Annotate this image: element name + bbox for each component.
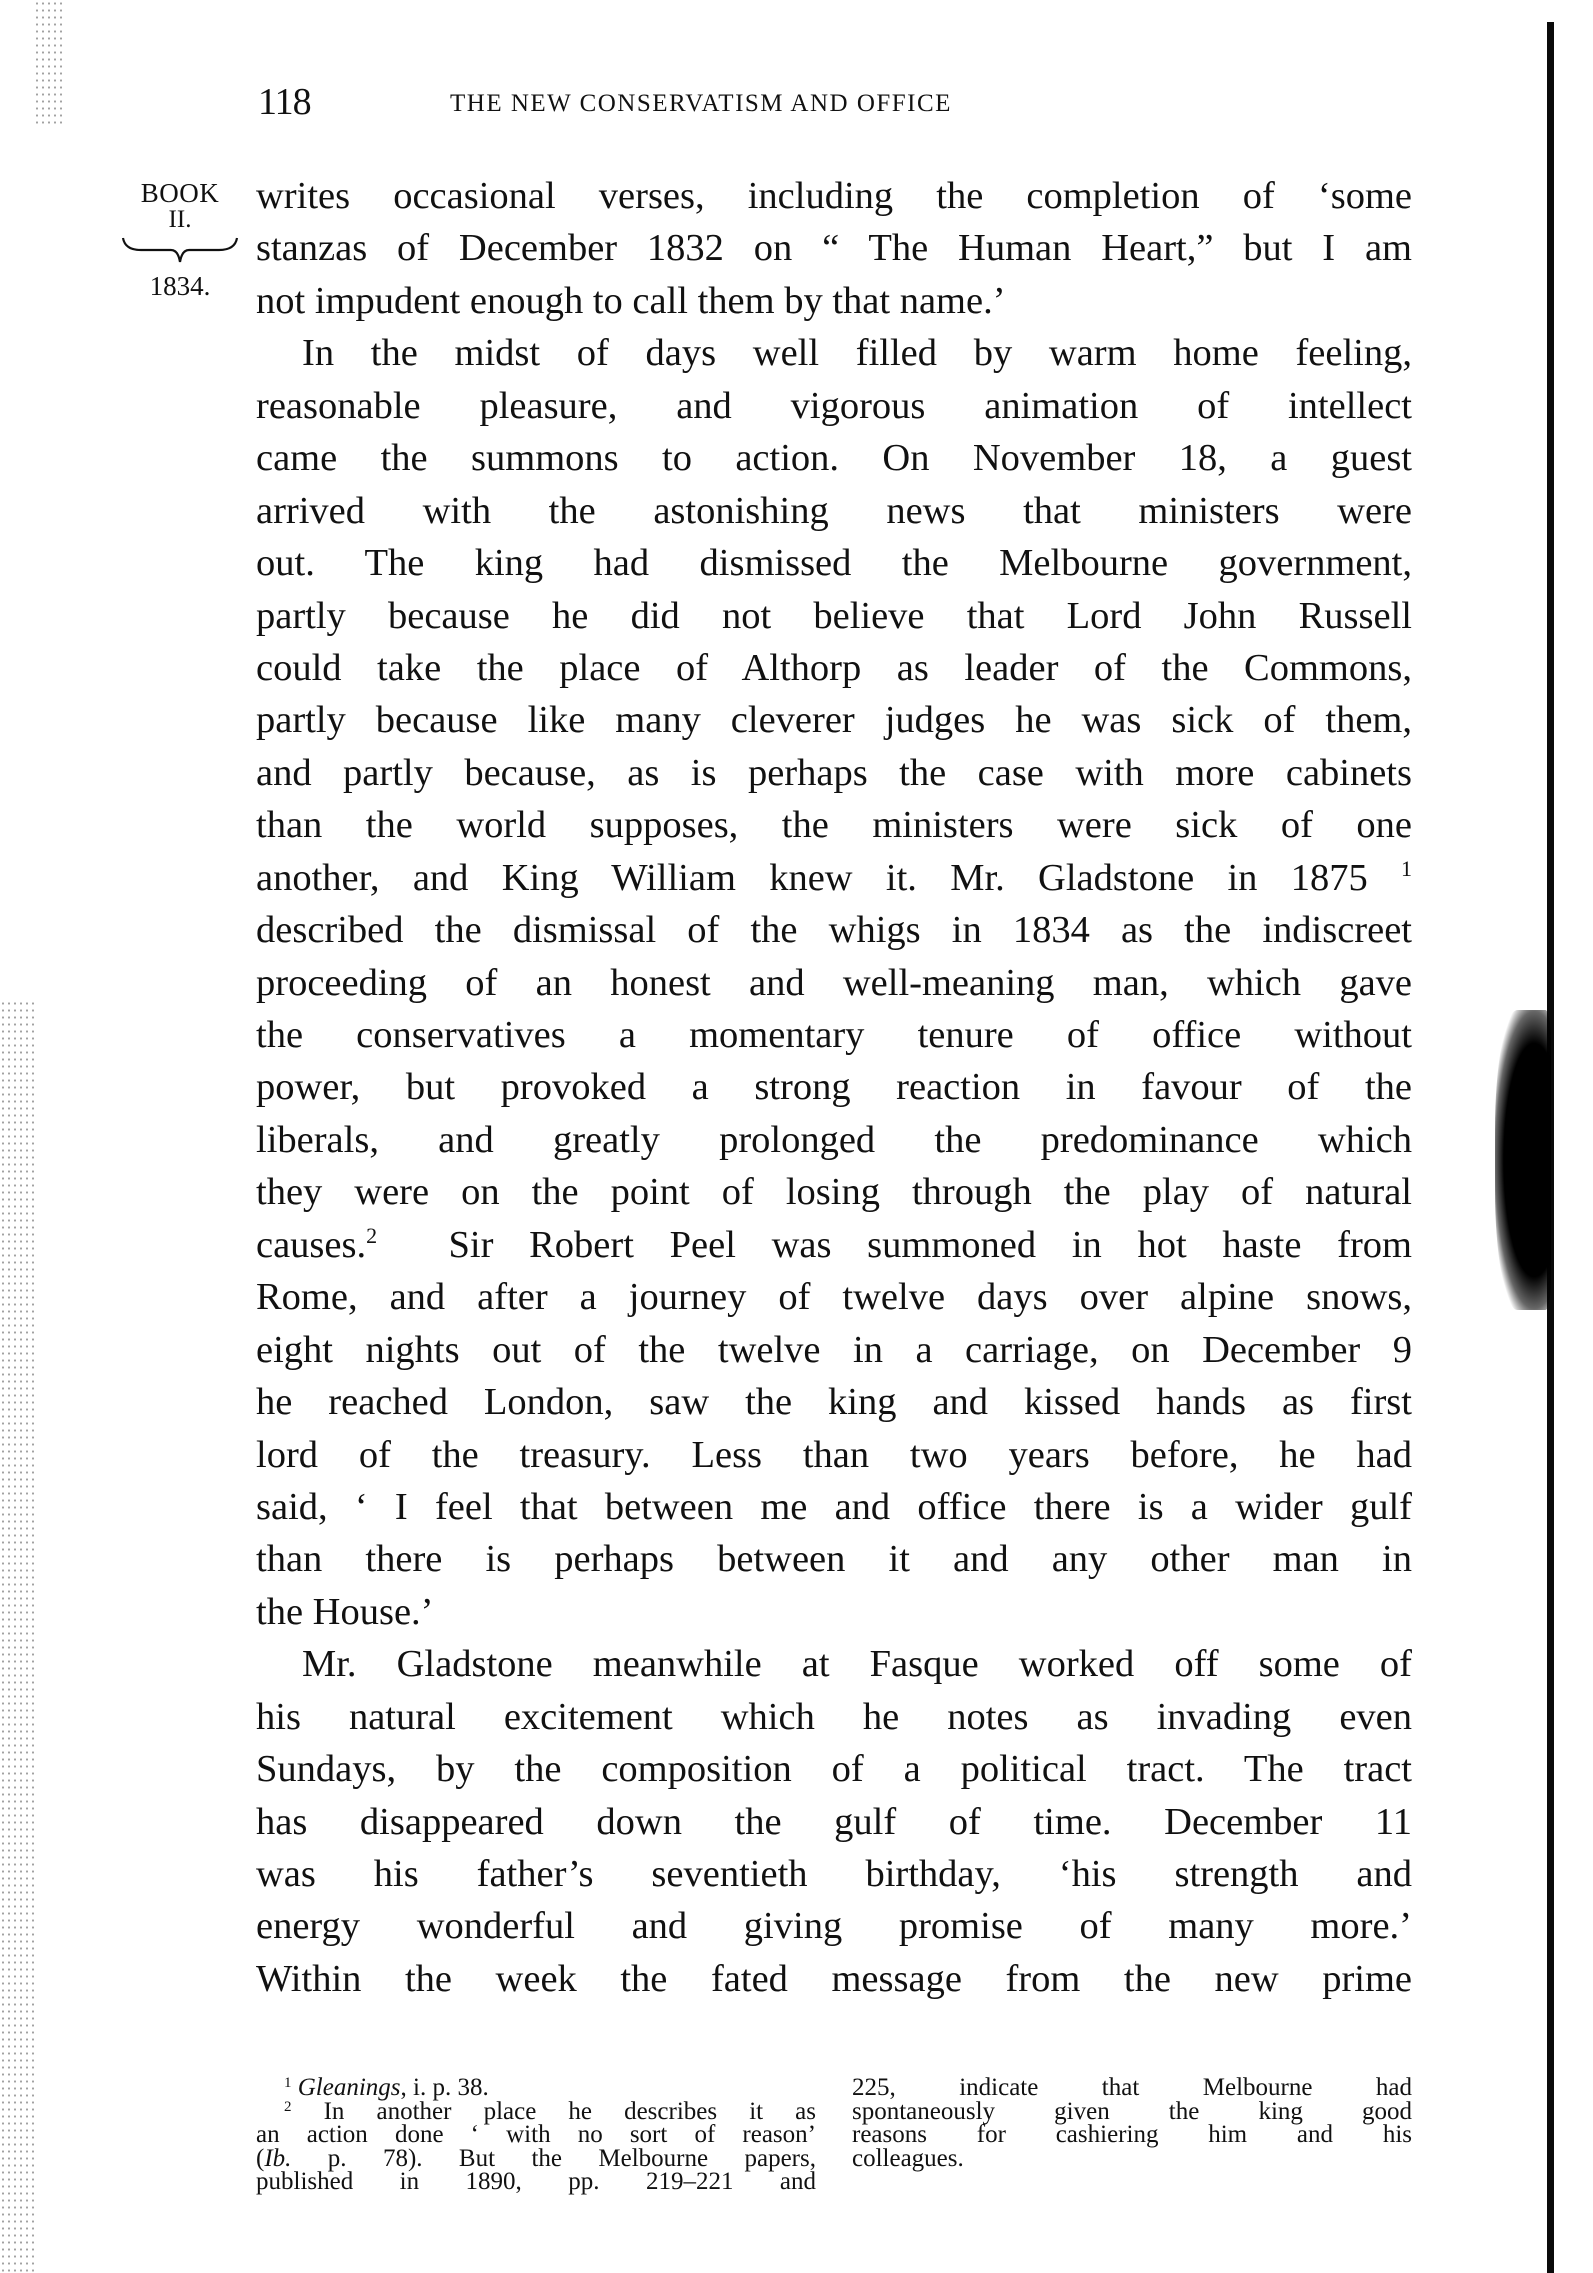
text-line: energy wonderful and giving promise of m… xyxy=(256,1900,1412,1952)
text-line: Within the week the fated message from t… xyxy=(256,1953,1412,2005)
footnote-2-line: an action done ‘ with no sort of reason’ xyxy=(256,2123,816,2147)
footnote-ref-2[interactable]: 2 xyxy=(366,1223,377,1248)
text-line: could take the place of Althorp as leade… xyxy=(256,642,1412,694)
text-line: he reached London, saw the king and kiss… xyxy=(256,1376,1412,1428)
book-page: 118 THE NEW CONSERVATISM AND OFFICE BOOK… xyxy=(0,0,1593,2273)
paragraph-start-line: Mr. Gladstone meanwhile at Fasque worked… xyxy=(256,1638,1412,1690)
text-segment: Sir Robert Peel was summoned in hot hast… xyxy=(449,1224,1413,1266)
footnote-2-line: published in 1890, pp. 219–221 and xyxy=(256,2170,816,2194)
text-line: the conservatives a momentary tenure of … xyxy=(256,1009,1412,1061)
text-line: stanzas of December 1832 on “ The Human … xyxy=(256,222,1412,274)
page-number: 118 xyxy=(258,80,311,124)
footnote-1: 1 Gleanings, i. p. 38. xyxy=(256,2076,816,2100)
text-line: and partly because, as is perhaps the ca… xyxy=(256,747,1412,799)
text-line: partly because like many cleverer judges… xyxy=(256,694,1412,746)
text-line: writes occasional verses, including the … xyxy=(256,170,1412,222)
footnote-2-continued-line: 225, indicate that Melbourne had xyxy=(852,2076,1412,2100)
text-line: partly because he did not believe that L… xyxy=(256,590,1412,642)
footnote-2-line: 2 In another place he describes it as xyxy=(256,2100,816,2124)
footnote-2-continued-line: spontaneously given the king good xyxy=(852,2100,1412,2124)
scan-speckle-top xyxy=(34,0,64,125)
text-line: eight nights out of the twelve in a carr… xyxy=(256,1324,1412,1376)
text-line: lord of the treasury. Less than two year… xyxy=(256,1429,1412,1481)
scan-speckle-bottom xyxy=(0,1000,36,2273)
text-line-with-footnote: causes.2 Sir Robert Peel was summoned in… xyxy=(256,1219,1412,1271)
margin-book-label: BOOK xyxy=(118,178,242,208)
footnote-ref-1[interactable]: 1 xyxy=(1401,856,1412,881)
text-line: proceeding of an honest and well-meaning… xyxy=(256,957,1412,1009)
footnote-2-line: (Ib. p. 78). But the Melbourne papers, xyxy=(256,2147,816,2171)
text-line: power, but provoked a strong reaction in… xyxy=(256,1061,1412,1113)
text-line: his natural excitement which he notes as… xyxy=(256,1691,1412,1743)
footnote-1-marker: 1 xyxy=(284,2075,292,2091)
text-line: came the summons to action. On November … xyxy=(256,432,1412,484)
text-line: described the dismissal of the whigs in … xyxy=(256,904,1412,956)
text-line: they were on the point of losing through… xyxy=(256,1166,1412,1218)
text-line: arrived with the astonishing news that m… xyxy=(256,485,1412,537)
running-head: 118 THE NEW CONSERVATISM AND OFFICE xyxy=(258,80,1418,130)
text-line: has disappeared down the gulf of time. D… xyxy=(256,1796,1412,1848)
text-line: said, ‘ I feel that between me and offic… xyxy=(256,1481,1412,1533)
text-line: Sundays, by the composition of a politic… xyxy=(256,1743,1412,1795)
text-segment: causes. xyxy=(256,1224,366,1266)
text-line: out. The king had dismissed the Melbourn… xyxy=(256,537,1412,589)
footnotes-left-column: 1 Gleanings, i. p. 38. 2 In another plac… xyxy=(256,2076,816,2194)
paragraph-start-line: In the midst of days well filled by warm… xyxy=(256,327,1412,379)
text-line: than there is perhaps between it and any… xyxy=(256,1533,1412,1585)
text-line: liberals, and greatly prolonged the pred… xyxy=(256,1114,1412,1166)
text-line: not impudent enough to call them by that… xyxy=(256,275,1412,327)
text-line-with-footnote: another, and King William knew it. Mr. G… xyxy=(256,852,1412,904)
body-text: writes occasional verses, including the … xyxy=(256,170,1412,2005)
margin-note: BOOK II. 1834. xyxy=(118,178,242,304)
running-title: THE NEW CONSERVATISM AND OFFICE xyxy=(450,90,952,118)
text-line: than the world supposes, the ministers w… xyxy=(256,799,1412,851)
brace-icon xyxy=(121,236,239,266)
footnote-2-continued-line: colleagues. xyxy=(852,2147,1412,2171)
margin-year-label: 1834. xyxy=(118,268,242,304)
footnotes-right-column: 225, indicate that Melbourne had spontan… xyxy=(852,2076,1412,2170)
binding-shadow xyxy=(1495,1010,1551,1310)
text-segment: another, and King William knew it. Mr. G… xyxy=(256,857,1368,899)
text-line: Rome, and after a journey of twelve days… xyxy=(256,1271,1412,1323)
text-line: was his father’s seventieth birthday, ‘h… xyxy=(256,1848,1412,1900)
footnote-2-continued-line: reasons for cashiering him and his xyxy=(852,2123,1412,2147)
text-line: reasonable pleasure, and vigorous animat… xyxy=(256,380,1412,432)
text-line: the House.’ xyxy=(256,1586,1412,1638)
margin-volume-label: II. xyxy=(118,208,242,232)
footnote-2-marker: 2 xyxy=(284,2099,292,2115)
